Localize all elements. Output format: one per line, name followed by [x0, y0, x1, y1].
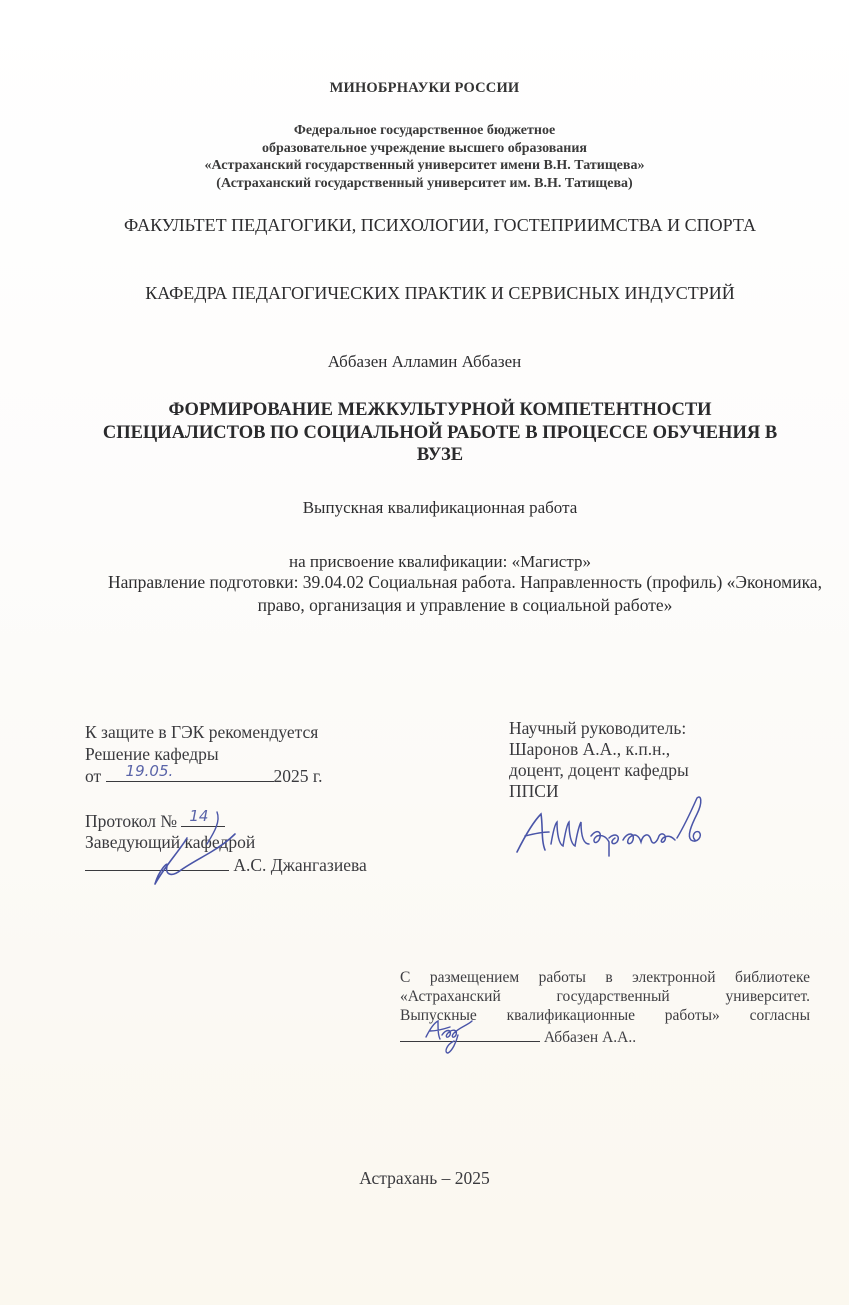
- organization-line: «Астраханский государственный университе…: [0, 157, 849, 175]
- supervisor-block: Научный руководитель: Шаронов А.А., к.п.…: [509, 718, 769, 802]
- ministry-heading: МИНОБРНАУКИ РОССИИ: [0, 80, 849, 97]
- supervisor-signature-icon: [511, 792, 721, 864]
- department-name: КАФЕДРА ПЕДАГОГИЧЕСКИХ ПРАКТИК И СЕРВИСН…: [60, 283, 820, 304]
- date-prefix: от: [85, 766, 101, 786]
- supervisor-position: доцент, доцент кафедры: [509, 760, 769, 781]
- defense-approval-block: К защите в ГЭК рекомендуется Решение каф…: [85, 722, 425, 876]
- organization-line: (Астраханский государственный университе…: [0, 175, 849, 193]
- city-year: Астрахань – 2025: [0, 1168, 849, 1189]
- library-consent-block: С размещением работы в электронной библи…: [400, 968, 810, 1047]
- date-suffix: 2025 г.: [274, 766, 323, 786]
- organization-line: Федеральное государственное бюджетное: [0, 122, 849, 140]
- recommended-label: К защите в ГЭК рекомендуется: [85, 722, 425, 744]
- work-type: Выпускная квалификационная работа: [0, 498, 849, 518]
- supervisor-name: Шаронов А.А., к.п.н.,: [509, 739, 769, 760]
- date-blank: 19.05.: [106, 765, 274, 782]
- consent-signature-line: Аббазен А.А..: [400, 1025, 810, 1047]
- author-signature-icon: [422, 1015, 482, 1055]
- head-signature-icon: [125, 808, 245, 888]
- handwritten-date: 19.05.: [126, 761, 174, 783]
- qualification: на присвоение квалификации: «Магистр»: [0, 552, 849, 572]
- head-signature-line: А.С. Джангазиева: [85, 854, 425, 877]
- thesis-title: ФОРМИРОВАНИЕ МЕЖКУЛЬТУРНОЙ КОМПЕТЕНТНОСТ…: [100, 399, 780, 467]
- supervisor-label: Научный руководитель:: [509, 718, 769, 739]
- title-page: МИНОБРНАУКИ РОССИИ Федеральное государст…: [0, 0, 849, 1305]
- faculty-name: ФАКУЛЬТЕТ ПЕДАГОГИКИ, ПСИХОЛОГИИ, ГОСТЕП…: [100, 214, 780, 236]
- library-consent-line: С размещением работы в электронной библи…: [400, 968, 810, 987]
- decision-date-line: от 19.05. 2025 г.: [85, 765, 425, 788]
- study-direction: Направление подготовки: 39.04.02 Социаль…: [100, 571, 830, 617]
- author-name: Аббазен Алламин Аббазен: [0, 352, 849, 372]
- head-name: А.С. Джангазиева: [233, 855, 366, 875]
- organization-block: Федеральное государственное бюджетное об…: [0, 122, 849, 192]
- consent-signer: Аббазен А.А..: [544, 1029, 636, 1046]
- library-consent-line: «Астраханский государственный университе…: [400, 987, 810, 1006]
- organization-line: образовательное учреждение высшего образ…: [0, 140, 849, 158]
